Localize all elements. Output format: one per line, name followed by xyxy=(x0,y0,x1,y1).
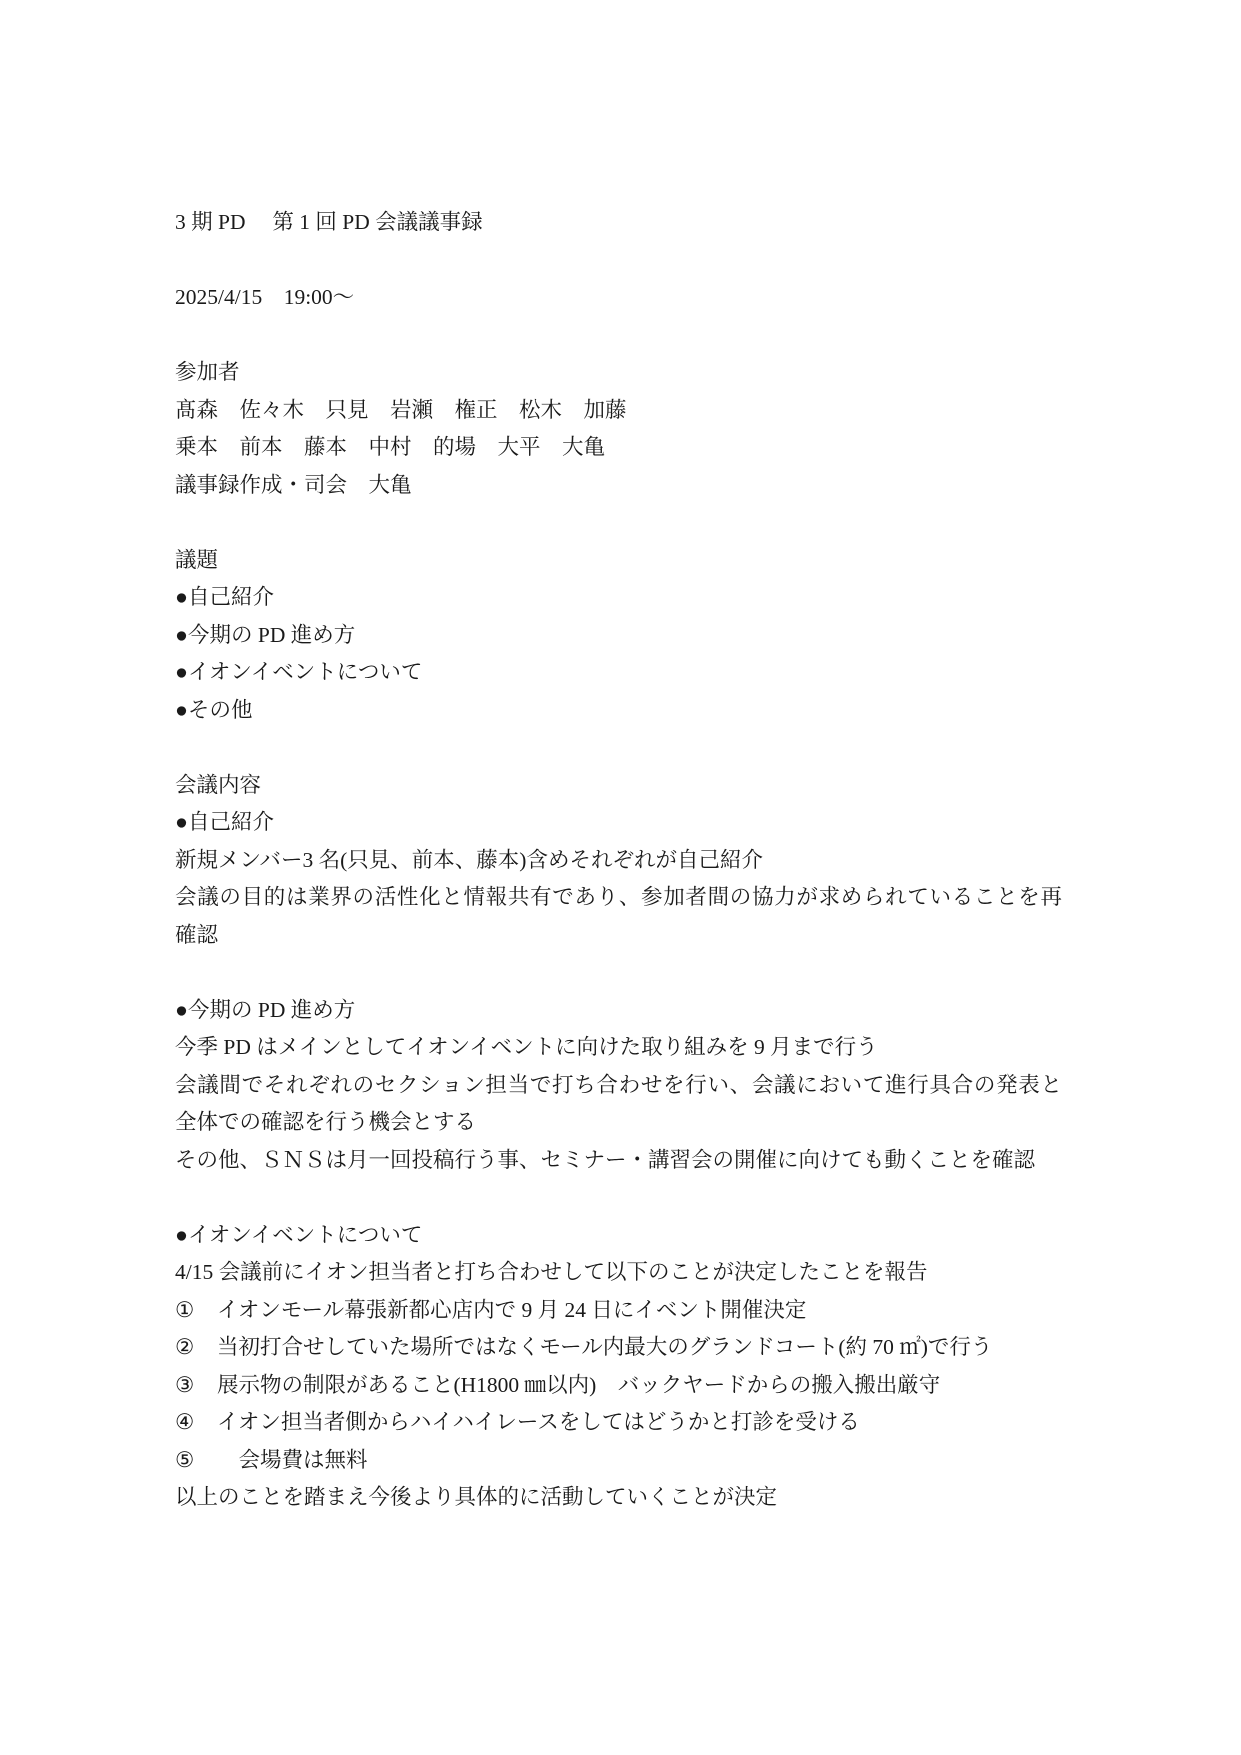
item-number: ② xyxy=(175,1329,217,1367)
agenda-item: ●イオンイベントについて xyxy=(175,654,1065,692)
item-text: イオン担当者側からハイハイレースをしてはどうかと打診を受ける xyxy=(217,1404,1065,1442)
blank-line xyxy=(175,242,1065,280)
participants-row: 髙森 佐々木 只見 岩瀬 権正 松木 加藤 xyxy=(175,392,1065,430)
body-line: 会議の目的は業界の活性化と情報共有であり、参加者間の協力が求められていることを再 xyxy=(175,879,1062,917)
participants-row: 乗本 前本 藤本 中村 的場 大平 大亀 xyxy=(175,429,1065,467)
participants-label: 参加者 xyxy=(175,354,1065,392)
blank-line xyxy=(175,1179,1065,1217)
agenda-item: ●今期の PD 進め方 xyxy=(175,617,1065,655)
numbered-item: ③ 展示物の制限があること(H1800 ㎜以内) バックヤードからの搬入搬出厳守 xyxy=(175,1367,1065,1405)
doc-datetime: 2025/4/15 19:00～ xyxy=(175,279,1065,317)
minutes-document: 3 期 PD 第 1 回 PD 会議議事録 2025/4/15 19:00～ 参… xyxy=(175,204,1065,1517)
item-number: ③ xyxy=(175,1367,217,1405)
blank-line xyxy=(175,317,1065,355)
content-label: 会議内容 xyxy=(175,767,1065,805)
body-line: 新規メンバー3 名(只見、前本、藤本)含めそれぞれが自己紹介 xyxy=(175,842,1065,880)
item-number: ① xyxy=(175,1292,217,1330)
agenda-item: ●その他 xyxy=(175,692,1065,730)
numbered-item: ① イオンモール幕張新都心店内で 9 月 24 日にイベント開催決定 xyxy=(175,1292,1065,1330)
numbered-item: ② 当初打合せしていた場所ではなくモール内最大のグランドコート(約 70 ㎡)で… xyxy=(175,1329,1065,1367)
blank-line xyxy=(175,954,1065,992)
document-page: { "page": { "background": "#ffffff", "te… xyxy=(0,0,1241,1755)
numbered-item: ④ イオン担当者側からハイハイレースをしてはどうかと打診を受ける xyxy=(175,1404,1065,1442)
secretary-line: 議事録作成・司会 大亀 xyxy=(175,467,1065,505)
item-number: ⑤ xyxy=(175,1442,217,1480)
item-text: 展示物の制限があること(H1800 ㎜以内) バックヤードからの搬入搬出厳守 xyxy=(217,1367,1065,1405)
agenda-label: 議題 xyxy=(175,542,1065,580)
item-text: 会場費は無料 xyxy=(217,1442,1065,1480)
body-line: 確認 xyxy=(175,917,1065,955)
body-line: 4/15 会議前にイオン担当者と打ち合わせして以下のことが決定したことを報告 xyxy=(175,1254,1065,1292)
section-heading-aeon-event: ●イオンイベントについて xyxy=(175,1217,1065,1255)
item-text: 当初打合せしていた場所ではなくモール内最大のグランドコート(約 70 ㎡)で行う xyxy=(217,1329,1065,1367)
numbered-item: ⑤ 会場費は無料 xyxy=(175,1442,1065,1480)
section-heading-self-intro: ●自己紹介 xyxy=(175,804,1065,842)
body-line: その他、ＳＮＳは月一回投稿行う事、セミナー・講習会の開催に向けても動くことを確認 xyxy=(175,1142,1065,1180)
doc-title: 3 期 PD 第 1 回 PD 会議議事録 xyxy=(175,204,1065,242)
blank-line xyxy=(175,504,1065,542)
body-line: 会議間でそれぞれのセクション担当で打ち合わせを行い、会議において進行具合の発表と xyxy=(175,1067,1062,1105)
blank-line xyxy=(175,729,1065,767)
conclusion-line: 以上のことを踏まえ今後より具体的に活動していくことが決定 xyxy=(175,1479,1065,1517)
body-line: 全体での確認を行う機会とする xyxy=(175,1104,1065,1142)
item-text: イオンモール幕張新都心店内で 9 月 24 日にイベント開催決定 xyxy=(217,1292,1065,1330)
agenda-item: ●自己紹介 xyxy=(175,579,1065,617)
body-line: 今季 PD はメインとしてイオンイベントに向けた取り組みを 9 月まで行う xyxy=(175,1029,1065,1067)
item-number: ④ xyxy=(175,1404,217,1442)
section-heading-pd-policy: ●今期の PD 進め方 xyxy=(175,992,1065,1030)
